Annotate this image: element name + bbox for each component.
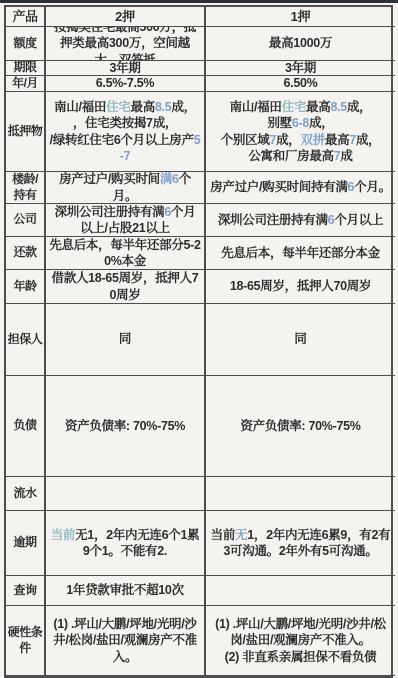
row-label-5-text: 楼龄/持有: [6, 172, 44, 204]
row-label-13-text: 查询: [12, 582, 37, 600]
cell-r8-c1-text: 18-65周岁，抵押人70周岁: [227, 277, 374, 296]
row-label-6-text: 公司: [12, 211, 37, 229]
mortgage-comparison: 产品2押1押额度按揭类住宅最高500万，抵押类最高300万，空间越大，双签抵最高…: [4, 5, 393, 650]
cell-r2-c0-text: 3年期: [106, 61, 143, 76]
cell-r7-c0-text: 先息后本，每半年还部分5-20%本金: [46, 237, 204, 270]
cell-r2-c1: 3年期: [206, 61, 395, 76]
cell-r14-c1: (1) .坪山/大鹏/坪地/光明/沙井/松岗/盐田/观澜房产不准入。 (2) 非…: [206, 606, 395, 650]
cell-r3-c1-text: 6.50%: [281, 76, 321, 92]
row-label-6: 公司: [6, 204, 46, 237]
cell-r10-c1: 资产负债率: 70%-75%: [206, 376, 395, 477]
row-label-4: 抵押物: [6, 92, 46, 172]
cell-r9-c1-text: 同: [291, 330, 309, 349]
cell-r0-c0: 2押: [46, 7, 206, 27]
cell-r6-c1-text: 深圳公司注册持有满6个月以上: [215, 211, 386, 230]
row-label-13: 查询: [6, 576, 46, 606]
cell-r0-c1: 1押: [206, 7, 395, 27]
row-label-10: 负债: [6, 376, 46, 477]
row-label-2: 期限: [6, 61, 46, 76]
row-label-3: 年/月: [6, 76, 46, 92]
cell-r10-c1-text: 资产负债率: 70%-75%: [237, 417, 363, 436]
cell-r14-c0: (1) .坪山/大鹏/坪地/光明/沙井/松岗/盐田/观澜房产不准入。: [46, 606, 206, 650]
row-label-0-text: 产品: [11, 7, 38, 26]
cell-r4-c0-text: 南山/福田住宅最高8.5成， ，住宅类按揭7成， /绿转红住宅6个月以上房产5-…: [46, 98, 204, 166]
cell-r4-c1: 南山/福田住宅最高8.5成， 别墅6-8成， 个别区域7成，双拼最高7成， 公寓…: [206, 92, 395, 172]
cell-r1-c1-text: 最高1000万: [266, 34, 335, 53]
cell-r3-c0-text: 6.5%-7.5%: [93, 76, 157, 92]
cell-r0-c0-text: 2押: [112, 7, 138, 26]
cell-r1-c0: 按揭类住宅最高500万，抵押类最高300万，空间越大，双签抵: [46, 27, 206, 61]
row-label-8-text: 年龄: [12, 278, 37, 296]
comparison-table: 产品2押1押额度按揭类住宅最高500万，抵押类最高300万，空间越大，双签抵最高…: [4, 5, 393, 650]
cell-r3-c0: 6.5%-7.5%: [46, 76, 206, 92]
cell-r1-c0-text: 按揭类住宅最高500万，抵押类最高300万，空间越大，双签抵: [46, 27, 204, 61]
cell-r9-c0: 同: [46, 304, 206, 376]
cell-r7-c1: 先息后本，每半年还部分本金: [206, 237, 395, 270]
cell-r11-c1-text: [298, 493, 304, 495]
cell-r10-c0-text: 资产负债率: 70%-75%: [62, 417, 188, 436]
row-label-1-text: 额度: [12, 35, 37, 53]
row-label-14-text: 硬性条件: [6, 624, 44, 650]
cell-r2-c0: 3年期: [46, 61, 206, 76]
cell-r13-c0: 1年贷款审批不超10次: [46, 576, 206, 606]
row-label-9-text: 担保人: [7, 331, 44, 349]
cell-r8-c1: 18-65周岁，抵押人70周岁: [206, 270, 395, 304]
cell-r5-c1-text: 房产过户/购买时间持有满6个月。: [207, 178, 394, 197]
cell-r9-c1: 同: [206, 304, 395, 376]
cell-r1-c1: 最高1000万: [206, 27, 395, 61]
cell-r0-c1-text: 1押: [288, 7, 314, 26]
cell-r13-c1-text: [298, 590, 304, 592]
cell-r9-c0-text: 同: [116, 330, 134, 349]
row-label-11-text: 流水: [12, 485, 37, 503]
row-label-12-text: 逾期: [12, 534, 37, 552]
row-label-9: 担保人: [6, 304, 46, 376]
cell-r7-c0: 先息后本，每半年还部分5-20%本金: [46, 237, 206, 270]
image-top-strip: [0, 0, 398, 3]
row-label-0: 产品: [6, 7, 46, 27]
cell-r2-c1-text: 3年期: [282, 61, 319, 76]
row-label-10-text: 负债: [12, 417, 37, 435]
cell-r8-c0-text: 借款人18-65周岁，抵押人70周岁: [46, 270, 204, 304]
cell-r4-c0: 南山/福田住宅最高8.5成， ，住宅类按揭7成， /绿转红住宅6个月以上房产5-…: [46, 92, 206, 172]
cell-r5-c1: 房产过户/购买时间持有满6个月。: [206, 172, 395, 204]
cell-r12-c1-text: 当前无1，2年内无连6累9，有2有3可沟通。2年外有5可沟通。: [206, 526, 395, 561]
row-label-8: 年龄: [6, 270, 46, 304]
cell-r12-c0-text: 当前无1，2年内无连6个1累9个1。不能有2.: [46, 526, 204, 561]
cell-r14-c0-text: (1) .坪山/大鹏/坪地/光明/沙井/松岗/盐田/观澜房产不准入。: [46, 615, 204, 650]
cell-r11-c1: [206, 477, 395, 511]
cell-r3-c1: 6.50%: [206, 76, 395, 92]
cell-r12-c1: 当前无1，2年内无连6累9，有2有3可沟通。2年外有5可沟通。: [206, 511, 395, 576]
cell-r5-c0-text: 房产过户/购买时间满6个月。: [46, 172, 204, 204]
row-label-7-text: 还款: [12, 244, 37, 262]
cell-r6-c0-text: 深圳公司注册持有满6个月以上/占股21以上: [46, 204, 204, 237]
cell-r6-c1: 深圳公司注册持有满6个月以上: [206, 204, 395, 237]
cell-r4-c1-text: 南山/福田住宅最高8.5成， 别墅6-8成， 个别区域7成，双拼最高7成， 公寓…: [218, 98, 384, 166]
row-label-3-text: 年/月: [11, 76, 39, 92]
cell-r5-c0: 房产过户/购买时间满6个月。: [46, 172, 206, 204]
cell-r10-c0: 资产负债率: 70%-75%: [46, 376, 206, 477]
row-label-7: 还款: [6, 237, 46, 270]
row-label-4-text: 抵押物: [7, 123, 44, 141]
row-label-12: 逾期: [6, 511, 46, 576]
cell-r11-c0-text: [122, 493, 128, 495]
cell-r8-c0: 借款人18-65周岁，抵押人70周岁: [46, 270, 206, 304]
row-label-14: 硬性条件: [6, 606, 46, 650]
cell-r14-c1-text: (1) .坪山/大鹏/坪地/光明/沙井/松岗/盐田/观澜房产不准入。 (2) 非…: [206, 615, 395, 650]
row-label-5: 楼龄/持有: [6, 172, 46, 204]
cell-r13-c1: [206, 576, 395, 606]
row-label-1: 额度: [6, 27, 46, 61]
cell-r11-c0: [46, 477, 206, 511]
cell-r6-c0: 深圳公司注册持有满6个月以上/占股21以上: [46, 204, 206, 237]
row-label-11: 流水: [6, 477, 46, 511]
cell-r13-c0-text: 1年贷款审批不超10次: [63, 581, 187, 600]
cell-r7-c1-text: 先息后本，每半年还部分本金: [218, 244, 383, 263]
cell-r12-c0: 当前无1，2年内无连6个1累9个1。不能有2.: [46, 511, 206, 576]
row-label-2-text: 期限: [12, 61, 37, 76]
